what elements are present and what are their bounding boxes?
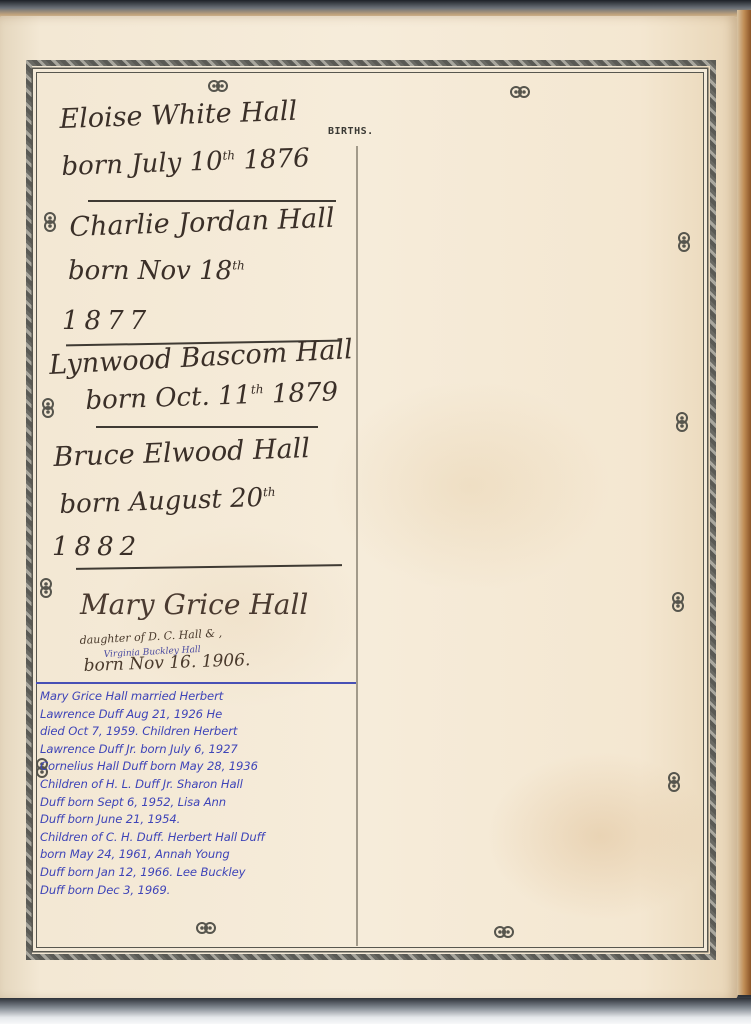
- birth-year: 1879: [271, 377, 338, 409]
- book-right-edge: [737, 10, 751, 995]
- scroll-ornament-icon: [40, 212, 60, 232]
- scroll-ornament-icon: [666, 772, 686, 792]
- birth-year: 1882: [52, 532, 142, 562]
- note-line: Duff born Sept 6, 1952, Lisa Ann: [40, 794, 358, 812]
- ordinal: th: [251, 382, 264, 396]
- note-line: Lawrence Duff Aug 21, 1926 He: [40, 706, 358, 724]
- scroll-ornament-icon: [674, 412, 694, 432]
- born-prefix: born: [85, 384, 147, 416]
- note-line: Lawrence Duff Jr. born July 6, 1927: [40, 741, 358, 759]
- birth-year: 1877: [62, 306, 152, 336]
- scroll-ornament-icon: [38, 398, 58, 418]
- birth-date: August 20: [129, 483, 264, 518]
- note-line: Cornelius Hall Duff born May 28, 1936: [40, 758, 358, 776]
- entry-name: Mary Grice Hall: [80, 588, 308, 621]
- bible-register-page: BIRTHS. Eloise White Hall born July 10th…: [0, 16, 738, 1000]
- book-bottom-edge: [0, 998, 751, 1024]
- note-line: Mary Grice Hall married Herbert: [40, 688, 358, 706]
- scroll-ornament-icon: [676, 232, 696, 252]
- birth-date: Nov 18: [138, 256, 232, 286]
- note-line: died Oct 7, 1959. Children Herbert: [40, 723, 358, 741]
- photo-scene: BIRTHS. Eloise White Hall born July 10th…: [0, 0, 751, 1024]
- birth-date: Oct. 11: [155, 380, 252, 413]
- entry-born-line: born Nov 18th: [68, 256, 245, 286]
- entry-separator: [96, 426, 318, 428]
- note-line: Children of C. H. Duff. Herbert Hall Duf…: [40, 829, 358, 847]
- ordinal: th: [222, 148, 235, 162]
- scroll-ornament-icon: [494, 924, 514, 944]
- note-line: Duff born Jan 12, 1966. Lee Buckley: [40, 864, 358, 882]
- born-prefix: born: [59, 488, 121, 520]
- note-line: Duff born June 21, 1954.: [40, 811, 358, 829]
- scroll-ornament-icon: [208, 76, 228, 96]
- born-prefix: born: [61, 150, 123, 182]
- ordinal: th: [263, 485, 276, 499]
- blue-ink-note: Mary Grice Hall married Herbert Lawrence…: [40, 688, 358, 899]
- born-prefix: born: [68, 256, 129, 286]
- scroll-ornament-icon: [36, 578, 56, 598]
- note-line: born May 24, 1961, Annah Young: [40, 846, 358, 864]
- scroll-ornament-icon: [510, 82, 530, 102]
- birth-year: 1876: [243, 143, 310, 175]
- entry-separator: [88, 200, 336, 202]
- scroll-ornament-icon: [670, 592, 690, 612]
- scroll-ornament-icon: [196, 920, 216, 940]
- note-line: Duff born Dec 3, 1969.: [40, 882, 358, 900]
- note-rule: [36, 682, 356, 684]
- ordinal: th: [232, 258, 245, 272]
- note-line: Children of H. L. Duff Jr. Sharon Hall: [40, 776, 358, 794]
- birth-date: July 10: [131, 146, 224, 179]
- births-heading: BIRTHS.: [328, 126, 374, 137]
